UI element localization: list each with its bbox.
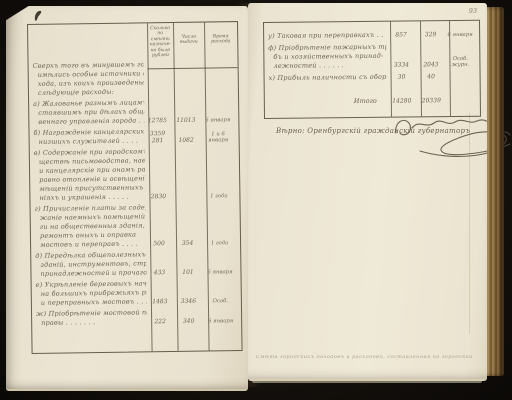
date-note-cell: 6 января	[203, 269, 236, 277]
ink-flourish-mark	[32, 9, 44, 23]
date-note-cell: 1 года	[203, 240, 236, 248]
amount-cell	[170, 94, 201, 96]
right-ledger-table: у) Таковая при переправкахъ . .8573296 я…	[263, 20, 481, 119]
row-description: Сверхъ того въ минувшемъ годуимѣлись осо…	[29, 60, 144, 98]
row-description: г) Причисленіе платы за содер-жаніе наем…	[31, 203, 147, 250]
total-amount-2: 20339	[417, 97, 446, 105]
row-description: у) Таковая при переправкахъ . .	[264, 31, 386, 41]
date-note-cell: 6 января	[201, 117, 234, 125]
handwritten-line: низшихъ служителей . . . .	[39, 136, 145, 146]
amount-cell: 11013	[170, 117, 201, 125]
amount-cell: 433	[146, 269, 172, 277]
photograph-background: ·· Сколько по смѣтѣ назначе- но было руб…	[0, 0, 512, 400]
handwritten-line: слѣдующіе расходы:	[38, 87, 144, 97]
ledger-row: Сверхъ того въ минувшемъ годуимѣлись осо…	[29, 59, 238, 98]
amount-cell: 1082	[171, 137, 202, 145]
total-amount-1: 14280	[387, 97, 417, 105]
amount-cell: 354	[172, 240, 203, 248]
header-amount-budgeted: Сколько по смѣтѣ назначе- но было рублей	[147, 26, 173, 59]
handwritten-line: правы . . . . . . .	[41, 317, 147, 327]
amount-cell	[144, 94, 170, 96]
handwritten-line: у) Таковая при переправкахъ . .	[268, 31, 386, 41]
book-fore-edge	[487, 7, 504, 376]
header-amount-issued: Число выдачи	[173, 35, 204, 46]
pencil-footer-note: Смѣта городскихъ доходовъ и расходовъ, с…	[256, 355, 474, 361]
amount-cell: 3334	[386, 61, 416, 69]
handwritten-line: лежностей . . . . . .	[273, 61, 386, 71]
amount-cell: 30	[387, 73, 417, 81]
underlying-pages-edge	[252, 379, 482, 383]
left-ledger-table: Сколько по смѣтѣ назначе- но было рублей…	[27, 21, 243, 354]
date-note-cell	[201, 93, 234, 95]
amount-cell	[171, 199, 202, 201]
total-row: Итого 14280 20339	[265, 96, 480, 107]
amount-cell: 2043	[416, 61, 445, 69]
amount-cell: 857	[386, 31, 416, 39]
row-description: ж) Пріобрѣтеніе мостовой пере-правы . . …	[32, 308, 147, 328]
date-note-cell: 6 января	[204, 318, 237, 326]
row-description: е) Укрѣпленіе береговыхъ началъ,на больш…	[32, 279, 147, 308]
header-date-of-expense: Время расхода	[204, 34, 237, 45]
row-description: б) Награжденіе канцелярскихъ инизшихъ сл…	[29, 127, 144, 147]
ledger-row: у) Таковая при переправкахъ . .8573296 я…	[264, 30, 479, 41]
right-page: 93 у) Таковая при переправкахъ . .857329…	[248, 3, 487, 381]
row-description: х) Прибыль наличности съ оборотною	[265, 73, 387, 83]
amount-cell: 12785	[144, 117, 170, 125]
ledger-row: д) Передѣлка общеполезныхъзданій, инстру…	[31, 249, 240, 279]
date-note-cell: Особ.	[204, 298, 237, 306]
row-description: а) Жалованье разнымъ лицамъ, со-стоявшим…	[29, 98, 144, 127]
ledger-row: е) Укрѣпленіе береговыхъ началъ,на больш…	[32, 278, 241, 308]
total-note	[446, 103, 476, 105]
amount-cell: 40	[417, 73, 446, 81]
ledger-row: х) Прибыль наличности съ оборотною3040	[265, 72, 480, 83]
row-description: ф) Пріобрѣтеніе пожарныхъ тру-бъ и хозяй…	[264, 43, 386, 71]
date-note-cell: Особ. журн.	[445, 55, 475, 69]
handwritten-line: мостовъ и переправъ . . . .	[40, 239, 146, 249]
row-description: в) Содержаніе при городскомъ об-ществѣ п…	[30, 147, 146, 203]
row-description: д) Передѣлка общеполезныхъзданій, инстру…	[31, 250, 146, 279]
amount-cell: 222	[147, 318, 173, 326]
amount-cell: 2830	[145, 193, 171, 201]
ledger-row: г) Причисленіе платы за содер-жаніе наем…	[31, 202, 241, 250]
handwritten-line: и переправныхъ мостовъ . . .	[41, 297, 147, 307]
ledger-row: б) Награжденіе канцелярскихъ инизшихъ сл…	[29, 126, 238, 147]
amount-cell: 1483	[147, 298, 173, 306]
amount-cell: 101	[172, 269, 203, 277]
date-note-cell: 6 января	[445, 32, 475, 40]
amount-cell: 329	[416, 31, 445, 39]
date-note-cell: 1 года	[202, 193, 235, 201]
amount-cell: 3346	[173, 298, 204, 306]
left-table-rows: Сверхъ того въ минувшемъ годуимѣлись осо…	[29, 59, 242, 330]
ledger-row: а) Жалованье разнымъ лицамъ, со-стоявшим…	[29, 97, 238, 127]
total-label: Итого	[265, 97, 387, 107]
ledger-row: ж) Пріобрѣтеніе мостовой пере-правы . . …	[32, 307, 241, 328]
date-note-cell: 1 и 6 января	[202, 131, 235, 145]
handwritten-line: ніяхъ и украшенія . . . . .	[39, 192, 145, 202]
left-page: ·· Сколько по смѣтѣ назначе- но было руб…	[6, 6, 248, 391]
amount-cell: 3359 281	[144, 130, 170, 145]
page-number: 93	[469, 8, 477, 15]
handwritten-line: х) Прибыль наличности съ оборотною	[269, 73, 387, 83]
ledger-row: ф) Пріобрѣтеніе пожарныхъ тру-бъ и хозяй…	[264, 42, 479, 71]
amount-cell: 340	[173, 318, 204, 326]
amount-cell: 500	[146, 240, 172, 248]
total-row-wrap: Итого 14280 20339	[265, 89, 480, 110]
handwritten-line: веннаго управленія города . . .	[38, 116, 144, 126]
ledger-row: в) Содержаніе при городскомъ об-ществѣ п…	[30, 146, 240, 203]
handwritten-line: принадлежностей и прочаго . .	[40, 268, 146, 278]
right-table-rows: у) Таковая при переправкахъ . .8573296 я…	[264, 30, 480, 86]
date-note-cell	[446, 79, 476, 81]
